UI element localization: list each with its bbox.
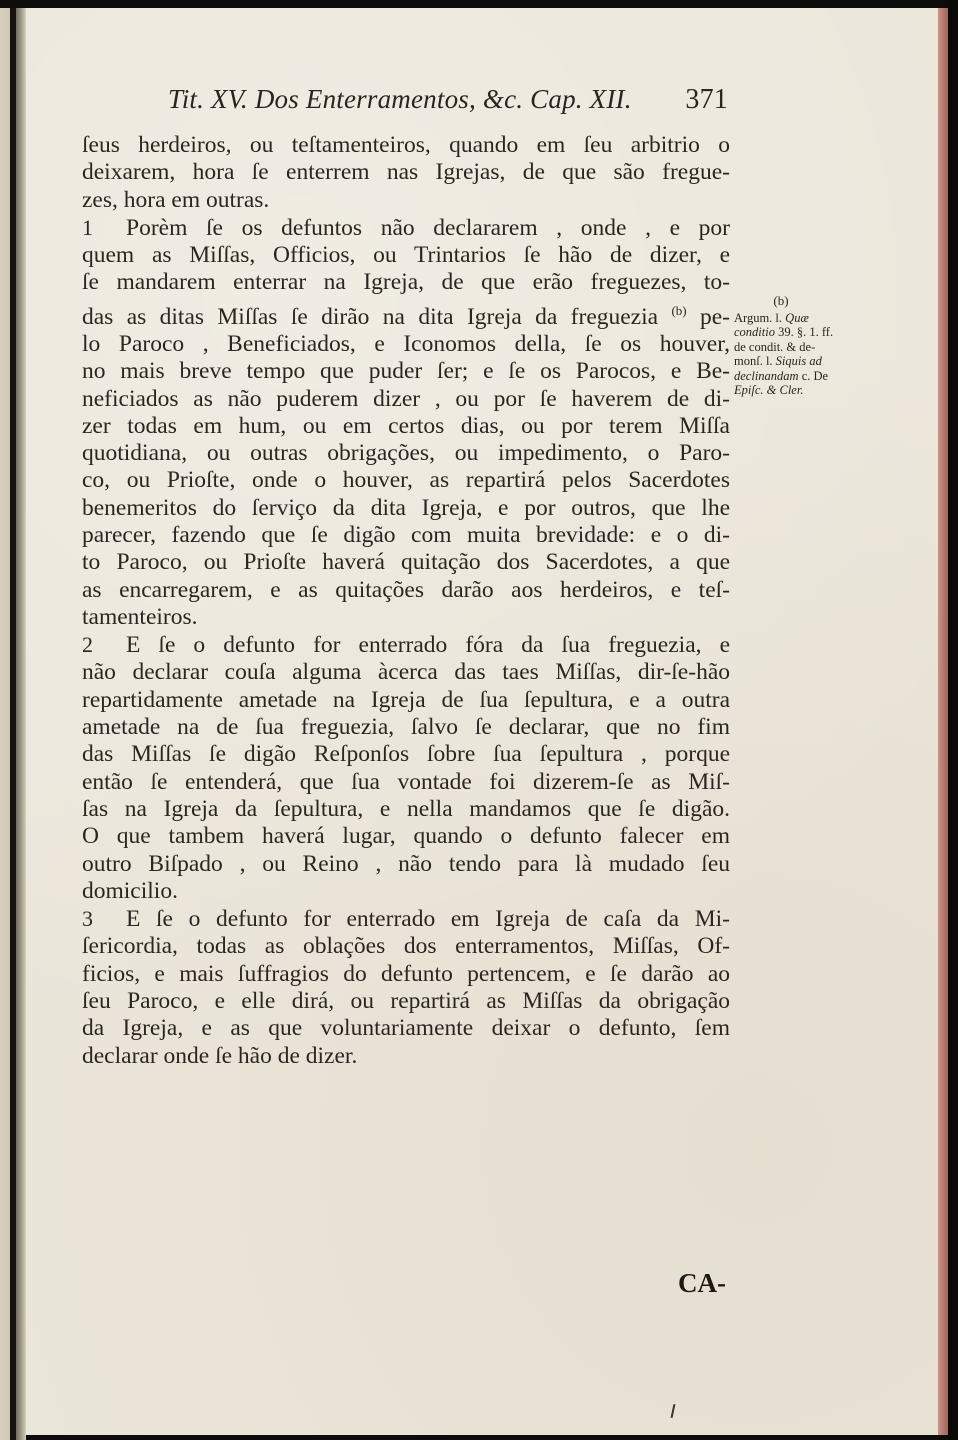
text-line: ſeus herdeiros, ou teſtamenteiros, quand… xyxy=(82,132,730,159)
paragraph-3-first-line: 3E ſe o defunto for enterrado em Igreja … xyxy=(82,905,730,933)
text-line: ſeu Paroco, e elle dirá, ou repartirá as… xyxy=(82,988,730,1015)
marginal-line: conditio 39. §. 1. ff. xyxy=(734,325,852,340)
text-line: tamenteiros. xyxy=(82,604,730,631)
paragraph-number: 2 xyxy=(82,631,126,658)
body-text: ſeus herdeiros, ou teſtamenteiros, quand… xyxy=(82,132,730,1070)
marginal-line: de condit. & de- xyxy=(734,340,852,355)
running-head: Tit. XV. Dos Enterramentos, &c. Cap. XII… xyxy=(168,84,728,115)
marginal-line: monſ. l. Siquis ad xyxy=(734,354,852,369)
text-line: ſas na Igreja da ſepultura, e nella mand… xyxy=(82,796,730,823)
paragraph-number: 3 xyxy=(82,905,126,932)
text-line-with-footnote: das as ditas Miſſas ſe dirão na dita Igr… xyxy=(82,297,730,331)
text-line: ficios, e mais ſuffragios do defunto per… xyxy=(82,961,730,988)
marginal-line: declinandam c. De xyxy=(734,369,852,384)
text-line: zer todas em hum, ou em certos dias, ou … xyxy=(82,413,730,440)
text-line: co, ou Prioſte, onde o houver, as repart… xyxy=(82,467,730,494)
scan-background xyxy=(948,0,958,1440)
text-line: da Igreja, e as que voluntariamente deix… xyxy=(82,1015,730,1042)
paragraph-1-first-line: 1Porèm ſe os defuntos não declararem , o… xyxy=(82,214,730,242)
binding-fold xyxy=(16,8,26,1440)
catchword: CA- xyxy=(678,1268,726,1299)
marginal-note: (b) Argum. l. Quæ conditio 39. §. 1. ff.… xyxy=(734,294,852,398)
text-line: no mais breve tempo que puder ſer; e ſe … xyxy=(82,358,730,385)
text-line: das Miſſas ſe digão Reſponſos ſobre ſua … xyxy=(82,741,730,768)
text-line: ſe mandarem enterrar na Igreja, de que e… xyxy=(82,269,730,296)
text-line: então ſe entenderá, que ſua vontade foi … xyxy=(82,769,730,796)
text-line: parecer, fazendo que ſe digão com muita … xyxy=(82,522,730,549)
page-number: 371 xyxy=(685,84,728,116)
text-line: O que tambem haverá lugar, quando o defu… xyxy=(82,823,730,850)
text-line: deixarem, hora ſe enterrem nas Igrejas, … xyxy=(82,159,730,186)
text-line: lo Paroco , Beneficiados, e Iconomos del… xyxy=(82,331,730,358)
footnote-reference: (b) xyxy=(671,303,686,318)
text-line: domicilio. xyxy=(82,878,730,905)
text-line: quem as Miſſas, Officios, ou Trintarios … xyxy=(82,242,730,269)
text-line: neficiados as não puderem dizer , ou por… xyxy=(82,386,730,413)
marginal-line: Epiſc. & Cler. xyxy=(734,383,852,398)
text-line: declarar onde ſe hão de dizer. xyxy=(82,1043,730,1070)
text-line: as encarregarem, e as quitações darão ao… xyxy=(82,577,730,604)
text-line: quotidiana, ou outras obrigações, ou imp… xyxy=(82,440,730,467)
marginal-note-mark: (b) xyxy=(734,294,852,309)
text-line: ametade na de ſua freguezia, ſalvo ſe de… xyxy=(82,714,730,741)
red-page-edge xyxy=(938,8,948,1435)
text-line: to Paroco, ou Prioſte haverá quitação do… xyxy=(82,549,730,576)
running-title: Tit. XV. Dos Enterramentos, &c. Cap. XII… xyxy=(168,84,632,114)
paragraph-2-first-line: 2E ſe o defunto for enterrado fóra da ſu… xyxy=(82,631,730,659)
text-line: ſericordia, todas as oblações dos enterr… xyxy=(82,933,730,960)
marginal-line: Argum. l. Quæ xyxy=(734,311,852,326)
text-line: benemeritos do ſerviço da dita Igreja, e… xyxy=(82,495,730,522)
text-line: zes, hora em outras. xyxy=(82,187,730,214)
text-line: outro Biſpado , ou Reino , não tendo par… xyxy=(82,851,730,878)
text-line: não declarar couſa alguma àcerca das tae… xyxy=(82,659,730,686)
paragraph-number: 1 xyxy=(82,214,126,241)
text-line: repartidamente ametade na Igreja de ſua … xyxy=(82,687,730,714)
